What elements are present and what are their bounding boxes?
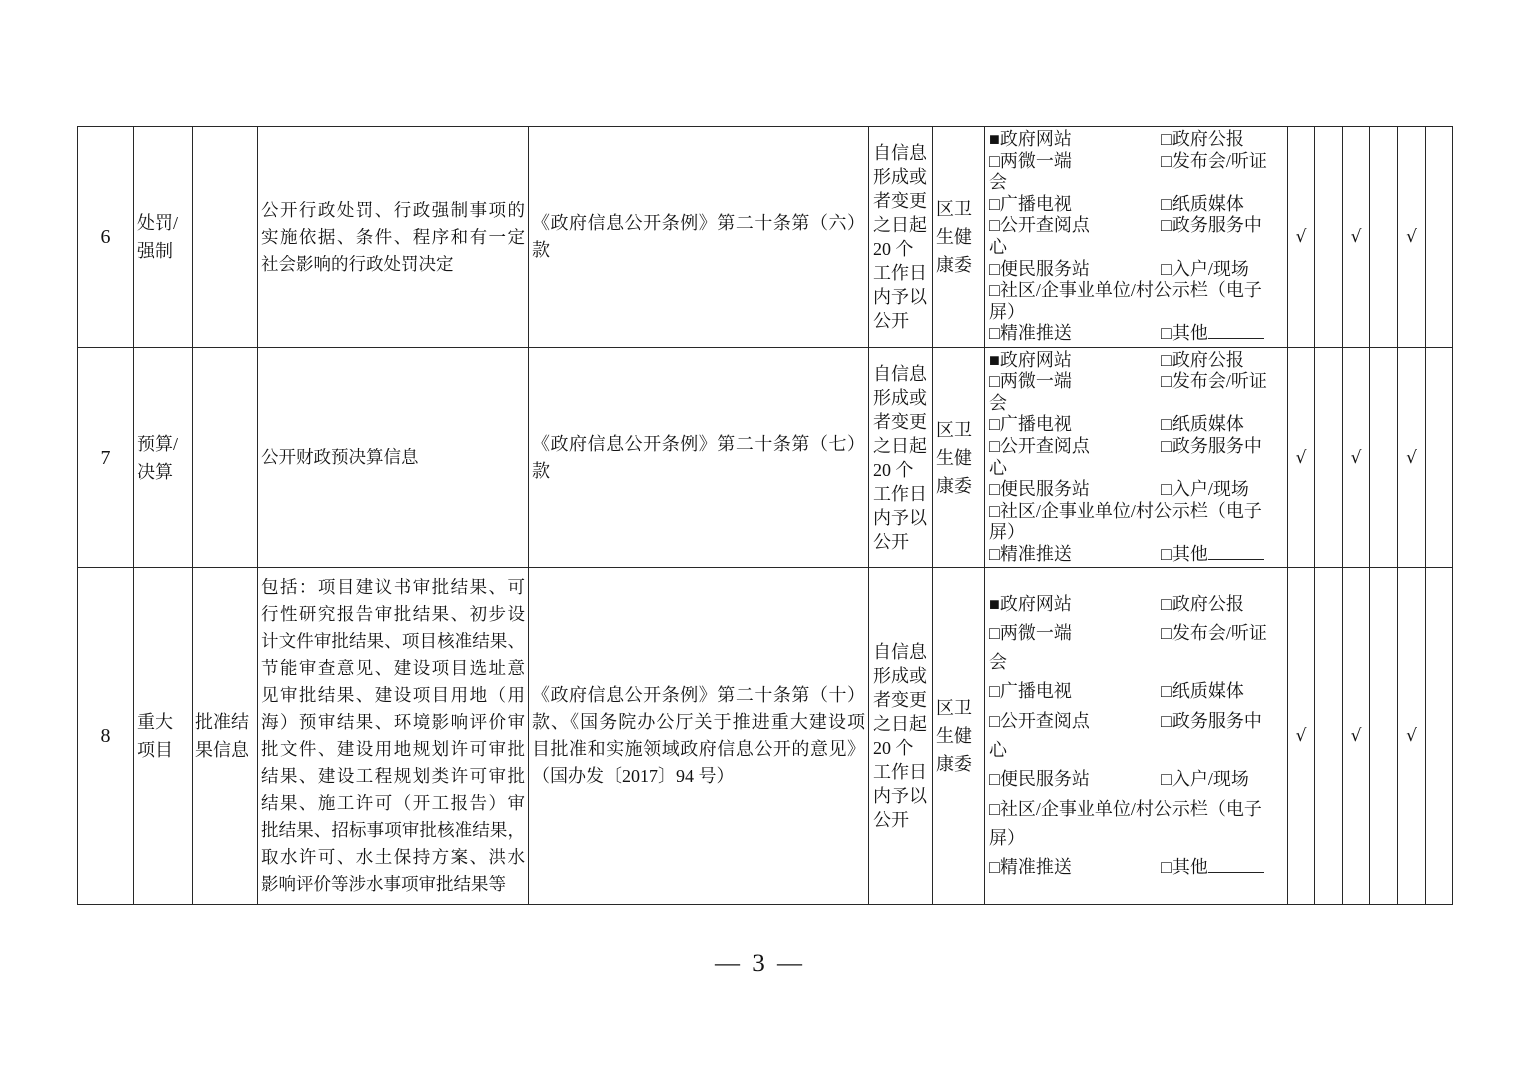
channels-line: □广播电视□纸质媒体 (989, 414, 1283, 436)
text-line: 影响评价等涉水事项审批结果等 (261, 871, 525, 898)
channel-option: □便民服务站 (989, 479, 1161, 501)
channels-line: 心 (989, 237, 1283, 259)
channels-line: 心 (989, 736, 1283, 765)
check-cell: √ (1398, 127, 1426, 348)
channels-line: □公开查阅点□政务服务中 (989, 707, 1283, 736)
text-line: 见审批结果、建设项目用地（用 (261, 682, 525, 709)
disclosure-timing-cell: 自信息 形成或 者变更 之日起 20 个 工作日 内予以 公开 (869, 127, 933, 348)
channels-line: 会 (989, 393, 1283, 415)
table-row: 8 重大 项目 批准结 果信息 包括：项目建议书审批结果、可 行性研究报告审批结… (78, 568, 1453, 905)
text-line: 区卫 (936, 416, 981, 444)
text-line: （国办发〔2017〕94 号） (532, 763, 865, 790)
channels-cell: ■政府网站□政府公报 □两微一端□发布会/听证 会 □广播电视□纸质媒体 □公开… (985, 127, 1288, 348)
document-table: 6 处罚/ 强制 公开行政处罚、行政强制事项的 实施依据、条件、程序和有一定 社… (77, 126, 1453, 905)
text-line: 之日起 (871, 712, 930, 736)
channel-option: 会 (989, 172, 1007, 192)
channels-line: □便民服务站□入户/现场 (989, 479, 1283, 501)
channel-option: □两微一端 (989, 371, 1161, 393)
text-line: 处罚/ (137, 209, 189, 237)
text-line: 之日起 (871, 434, 930, 458)
text-line: 公开 (871, 309, 930, 333)
channels-line: □两微一端□发布会/听证 (989, 371, 1283, 393)
text-line: 款、《国务院办公厅关于推进重大建设项 (532, 709, 865, 736)
channels-line: □公开查阅点□政务服务中 (989, 215, 1283, 237)
text-line: 《政府信息公开条例》第二十条第（十） (532, 682, 865, 709)
channel-option: □两微一端 (989, 619, 1161, 648)
channels-line: 屏） (989, 824, 1283, 853)
text-line: 结果、施工许可（开工报告）审 (261, 790, 525, 817)
text-line: 工作日 (871, 760, 930, 784)
legal-basis-cell: 《政府信息公开条例》第二十条第（十） 款、《国务院办公厅关于推进重大建设项 目批… (529, 568, 869, 905)
channel-option: □纸质媒体 (1161, 414, 1244, 434)
channel-option: □公开查阅点 (989, 436, 1161, 458)
channel-option: □社区/企事业单位/村公示栏（电子 (989, 501, 1262, 521)
disclosure-timing-cell: 自信息 形成或 者变更 之日起 20 个 工作日 内予以 公开 (869, 568, 933, 905)
text-line: 批结果、招标事项审批核准结果， (261, 817, 525, 844)
channel-option: □公开查阅点 (989, 707, 1161, 736)
channel-option: □发布会/听证 (1161, 151, 1267, 171)
channel-option: □便民服务站 (989, 765, 1161, 794)
channels-line: □便民服务站□入户/现场 (989, 765, 1283, 794)
channels-line: 会 (989, 172, 1283, 194)
text-line: 款 (532, 458, 865, 485)
check-cell (1426, 127, 1453, 348)
text-line: 《政府信息公开条例》第二十条第（六） (532, 210, 865, 237)
channel-option: 会 (989, 393, 1007, 413)
channel-option: ■政府网站 (989, 590, 1161, 619)
channels-line: □社区/企事业单位/村公示栏（电子 (989, 795, 1283, 824)
blank-underline (1208, 857, 1264, 873)
check-cell: √ (1398, 568, 1426, 905)
description-cell: 包括：项目建议书审批结果、可 行性研究报告审批结果、初步设 计文件审批结果、项目… (258, 568, 529, 905)
channels-line: □便民服务站□入户/现场 (989, 259, 1283, 281)
text-line: 公开 (871, 808, 930, 832)
channels-line: 心 (989, 458, 1283, 480)
channel-option: □公开查阅点 (989, 215, 1161, 237)
row-number-cell: 6 (78, 127, 134, 348)
page-number: — 3 — (0, 950, 1520, 978)
text-line: 公开行政处罚、行政强制事项的 (261, 197, 525, 224)
check-cell: √ (1288, 348, 1315, 568)
channels-line: □广播电视□纸质媒体 (989, 194, 1283, 216)
channels-line: 会 (989, 648, 1283, 677)
check-cell (1370, 348, 1398, 568)
channel-option: □政务服务中 (1161, 436, 1262, 456)
text-line: 生健 (936, 444, 981, 472)
text-line: 目批准和实施领域政府信息公开的意见》 (532, 736, 865, 763)
text-line: 项目 (137, 736, 189, 764)
channel-option: 心 (989, 458, 1007, 478)
text-line: 内予以 (871, 285, 930, 309)
category-cell: 处罚/ 强制 (134, 127, 193, 348)
text-line: 形成或 (871, 386, 930, 410)
channel-option: ■政府网站 (989, 129, 1161, 151)
check-cell (1370, 568, 1398, 905)
text-line: 重大 (137, 708, 189, 736)
blank-underline (1208, 323, 1264, 339)
text-line: 区卫 (936, 195, 981, 223)
text-line: 海）预审结果、环境影响评价审 (261, 709, 525, 736)
channel-option: □广播电视 (989, 677, 1161, 706)
category-cell: 重大 项目 (134, 568, 193, 905)
text-line: 预算/ (137, 430, 189, 458)
channel-option: 屏） (989, 302, 1025, 322)
channels-line: □两微一端□发布会/听证 (989, 151, 1283, 173)
text-line: 行性研究报告审批结果、初步设 (261, 601, 525, 628)
text-line: 20 个 (871, 458, 930, 482)
text-line: 自信息 (871, 640, 930, 664)
text-line: 强制 (137, 237, 189, 265)
channel-option: □精准推送 (989, 544, 1161, 566)
text-line: 公开财政预决算信息 (261, 444, 525, 471)
text-line: 之日起 (871, 213, 930, 237)
channels-cell: ■政府网站□政府公报 □两微一端□发布会/听证 会 □广播电视□纸质媒体 □公开… (985, 348, 1288, 568)
channels-line: □广播电视□纸质媒体 (989, 677, 1283, 706)
subcategory-cell: 批准结 果信息 (193, 568, 258, 905)
channel-option: □其他 (1161, 857, 1208, 877)
check-cell (1426, 568, 1453, 905)
legal-basis-cell: 《政府信息公开条例》第二十条第（七） 款 (529, 348, 869, 568)
channels-line: □公开查阅点□政务服务中 (989, 436, 1283, 458)
text-line: 果信息 (195, 736, 255, 764)
text-line: 实施依据、条件、程序和有一定 (261, 224, 525, 251)
text-line: 康委 (936, 750, 981, 778)
responsible-unit-cell: 区卫 生健 康委 (933, 348, 985, 568)
legal-basis-cell: 《政府信息公开条例》第二十条第（六） 款 (529, 127, 869, 348)
channels-line: □精准推送□其他 (989, 544, 1283, 566)
text-line: 批准结 (195, 708, 255, 736)
check-cell (1370, 127, 1398, 348)
description-cell: 公开行政处罚、行政强制事项的 实施依据、条件、程序和有一定 社会影响的行政处罚决… (258, 127, 529, 348)
text-line: 自信息 (871, 362, 930, 386)
channels-line: □精准推送□其他 (989, 323, 1283, 345)
channels-line: 屏） (989, 522, 1283, 544)
channel-option: □精准推送 (989, 323, 1161, 345)
text-line: 区卫 (936, 694, 981, 722)
text-line: 取水许可、水土保持方案、洪水 (261, 844, 525, 871)
channel-option: □入户/现场 (1161, 769, 1249, 789)
channel-option: □发布会/听证 (1161, 623, 1267, 643)
channels-line: 屏） (989, 302, 1283, 324)
text-line: 决算 (137, 458, 189, 486)
check-cell: √ (1288, 127, 1315, 348)
row-number-cell: 8 (78, 568, 134, 905)
text-line: 包括：项目建议书审批结果、可 (261, 574, 525, 601)
channel-option: □入户/现场 (1161, 259, 1249, 279)
table-row: 6 处罚/ 强制 公开行政处罚、行政强制事项的 实施依据、条件、程序和有一定 社… (78, 127, 1453, 348)
text-line: 形成或 (871, 664, 930, 688)
channel-option: □入户/现场 (1161, 479, 1249, 499)
channel-option: □纸质媒体 (1161, 681, 1244, 701)
text-line: 工作日 (871, 482, 930, 506)
text-line: 生健 (936, 722, 981, 750)
check-cell: √ (1398, 348, 1426, 568)
text-line: 自信息 (871, 141, 930, 165)
check-cell: √ (1343, 348, 1370, 568)
channel-option: ■政府网站 (989, 350, 1161, 372)
channel-option: 会 (989, 652, 1007, 672)
check-cell (1426, 348, 1453, 568)
text-line: 款 (532, 237, 865, 264)
disclosure-timing-cell: 自信息 形成或 者变更 之日起 20 个 工作日 内予以 公开 (869, 348, 933, 568)
subcategory-cell (193, 127, 258, 348)
blank-underline (1208, 544, 1264, 560)
channels-line: ■政府网站□政府公报 (989, 129, 1283, 151)
check-cell: √ (1343, 568, 1370, 905)
description-cell: 公开财政预决算信息 (258, 348, 529, 568)
check-cell (1315, 127, 1343, 348)
channels-line: □社区/企事业单位/村公示栏（电子 (989, 280, 1283, 302)
channel-option: □便民服务站 (989, 259, 1161, 281)
channel-option: □政府公报 (1161, 129, 1244, 149)
check-cell (1315, 348, 1343, 568)
responsible-unit-cell: 区卫 生健 康委 (933, 568, 985, 905)
channels-line: □社区/企事业单位/村公示栏（电子 (989, 501, 1283, 523)
channels-line: ■政府网站□政府公报 (989, 350, 1283, 372)
text-line: 形成或 (871, 165, 930, 189)
channel-option: □其他 (1161, 323, 1208, 343)
text-line: 康委 (936, 251, 981, 279)
channel-option: □政务服务中 (1161, 711, 1262, 731)
text-line: 工作日 (871, 261, 930, 285)
channel-option: 心 (989, 740, 1007, 760)
check-cell: √ (1343, 127, 1370, 348)
channel-option: □发布会/听证 (1161, 371, 1267, 391)
channels-line: ■政府网站□政府公报 (989, 590, 1283, 619)
text-line: 节能审查意见、建设项目选址意 (261, 655, 525, 682)
text-line: 公开 (871, 530, 930, 554)
channel-option: 屏） (989, 828, 1025, 848)
channels-line: □两微一端□发布会/听证 (989, 619, 1283, 648)
text-line: 《政府信息公开条例》第二十条第（七） (532, 431, 865, 458)
channels-cell: ■政府网站□政府公报 □两微一端□发布会/听证 会 □广播电视□纸质媒体 □公开… (985, 568, 1288, 905)
text-line: 批文件、建设用地规划许可审批 (261, 736, 525, 763)
text-line: 内予以 (871, 784, 930, 808)
text-line: 者变更 (871, 189, 930, 213)
row-number-cell: 7 (78, 348, 134, 568)
text-line: 20 个 (871, 237, 930, 261)
channel-option: □广播电视 (989, 414, 1161, 436)
channel-option: □社区/企事业单位/村公示栏（电子 (989, 799, 1262, 819)
channel-option: □政务服务中 (1161, 215, 1262, 235)
subcategory-cell (193, 348, 258, 568)
text-line: 者变更 (871, 688, 930, 712)
channels-line: □精准推送□其他 (989, 853, 1283, 882)
table-row: 7 预算/ 决算 公开财政预决算信息 《政府信息公开条例》第二十条第（七） 款 … (78, 348, 1453, 568)
text-line: 结果、建设工程规划类许可审批 (261, 763, 525, 790)
channel-option: □政府公报 (1161, 594, 1244, 614)
text-line: 生健 (936, 223, 981, 251)
channel-option: □精准推送 (989, 853, 1161, 882)
text-line: 计文件审批结果、项目核准结果、 (261, 628, 525, 655)
channel-option: □两微一端 (989, 151, 1161, 173)
channel-option: 心 (989, 237, 1007, 257)
channel-option: 屏） (989, 522, 1025, 542)
check-cell (1315, 568, 1343, 905)
text-line: 者变更 (871, 410, 930, 434)
text-line: 社会影响的行政处罚决定 (261, 251, 525, 278)
responsible-unit-cell: 区卫 生健 康委 (933, 127, 985, 348)
channel-option: □社区/企事业单位/村公示栏（电子 (989, 280, 1262, 300)
check-cell: √ (1288, 568, 1315, 905)
channel-option: □广播电视 (989, 194, 1161, 216)
text-line: 康委 (936, 472, 981, 500)
channel-option: □政府公报 (1161, 350, 1244, 370)
document-page: 6 处罚/ 强制 公开行政处罚、行政强制事项的 实施依据、条件、程序和有一定 社… (0, 0, 1520, 1074)
text-line: 内予以 (871, 506, 930, 530)
category-cell: 预算/ 决算 (134, 348, 193, 568)
text-line: 20 个 (871, 736, 930, 760)
channel-option: □其他 (1161, 544, 1208, 564)
channel-option: □纸质媒体 (1161, 194, 1244, 214)
